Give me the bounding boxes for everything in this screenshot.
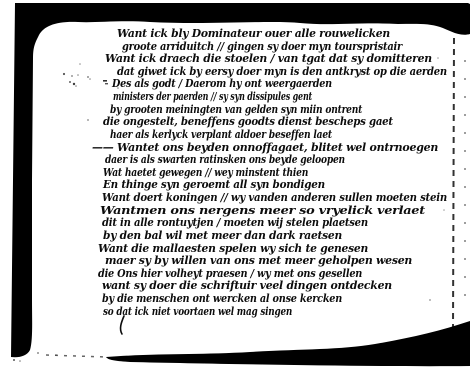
manuscript-line: groote arriduitch // gingen sy doer myn … [122,41,402,53]
manuscript-line: ministers der paerden // sy syn dissipul… [113,91,312,103]
manuscript-line: Want ick draech die stoelen / van tgat d… [105,53,432,65]
manuscript-line: by die menschen ont wercken al onse kerc… [102,293,342,305]
scanned-page: Want ick bly Dominateur ouer alle rouwel… [0,0,470,369]
manuscript-line: haer als kerlyck verplant aldoer beseffe… [110,129,332,141]
manuscript-line: want sy doer die schriftuir veel dingen … [102,280,392,292]
manuscript-line: Wantmen ons nergens meer so vryelick ver… [100,205,425,217]
manuscript-line: Want ick bly Dominateur ouer alle rouwel… [117,28,390,40]
manuscript-line: Want die mallaesten spelen wy sich te ge… [98,243,368,255]
manuscript-line: by den bal wil met meer dan dark raetsen [103,230,342,242]
manuscript-text-block: Want ick bly Dominateur ouer alle rouwel… [0,0,470,369]
manuscript-line: Want doert koningen // wy vanden anderen… [102,192,447,204]
manuscript-line: dit in alle rontuytjen / moeten wij stel… [102,217,368,229]
manuscript-line: maer sy by willen van ons met meer gehol… [105,255,412,267]
manuscript-line: by grooten meiningten van gelden syn mii… [110,104,362,116]
manuscript-line: —— Wantet ons beyden onnoffagaet, blitet… [92,142,438,154]
manuscript-line: daer is als swarten ratinsken ons beyde … [105,154,345,166]
manuscript-line: Des als godt / Daerom hy ont weergaerden [112,78,332,90]
manuscript-line: Wat haetet gewegen // wey minstent thien [103,167,308,179]
manuscript-line: dat giwet ick by eersy doer myn is den a… [117,66,447,78]
manuscript-line: die Ons hier volheyt praesen / wy met on… [98,268,362,280]
manuscript-line: En thinge syn geroemt all syn bondigen [103,179,325,191]
manuscript-line: die ongestelt, beneffens goodts dienst b… [103,116,393,128]
manuscript-line: so dat ick niet voortaen wel mag singen [103,306,292,318]
